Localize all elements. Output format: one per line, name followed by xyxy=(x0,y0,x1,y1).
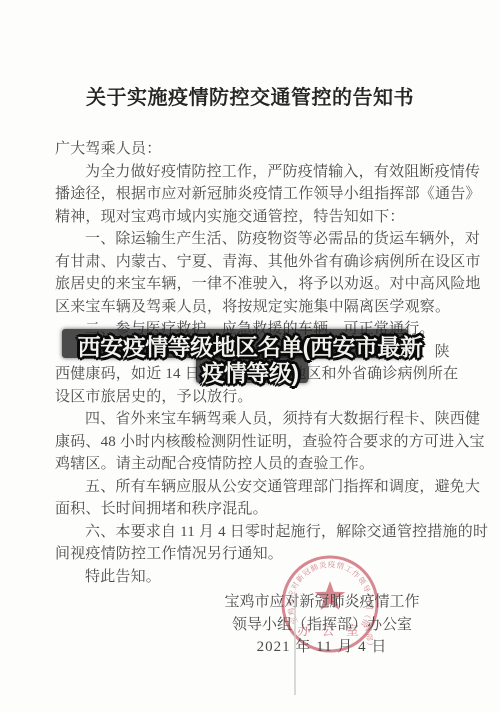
overlay-caption-line-2: 疫情等级) xyxy=(0,355,500,388)
signature-date: 2021 年 11 月 4 日 xyxy=(182,636,462,659)
document-line: 间视疫情防控工作情况另行通知。 xyxy=(55,543,465,566)
document-line: 广大驾乘人员： xyxy=(55,138,465,161)
document-line: 四、省外来宝车辆驾乘人员，须持有大数据行程卡、陕西健 xyxy=(55,408,465,431)
signature-block: 宝鸡市应对新冠肺炎疫情工作 领导小组（指挥部）办公室 2021 年 11 月 4… xyxy=(182,591,462,659)
document-line: 五、所有车辆应服从公安交通管理部门指挥和调度，避免大 xyxy=(55,476,465,499)
notice-title: 关于实施疫情防控交通管控的告知书 xyxy=(0,81,500,110)
document-line: 有甘肃、内蒙古、宁夏、青海、其他外省有确诊病例所在设区市 xyxy=(55,251,465,274)
signature-org-line-2: 领导小组（指挥部）办公室 xyxy=(182,614,462,637)
document-line: 精神，现对宝鸡市域内实施交通管控，特告知如下： xyxy=(55,206,465,229)
signature-org-line-1: 宝鸡市应对新冠肺炎疫情工作 xyxy=(182,591,462,614)
document-line: 播途径，根据市应对新冠肺炎疫情工作领导小组指挥部《通告》 xyxy=(55,183,465,206)
document-line: 一、除运输生产生活、防疫物资等必需品的货运车辆外，对 xyxy=(55,228,465,251)
document-line: 鸡辖区。请主动配合疫情防控人员的查验工作。 xyxy=(55,453,465,476)
document-line: 区来宝车辆及驾乘人员，将按规定实施集中隔离医学观察。 xyxy=(55,296,465,319)
document-line: 旅居史的来宝车辆，一律不准驶入，将予以劝返。对中高风险地 xyxy=(55,273,465,296)
document-line: 六、本要求自 11 月 4 日零时起施行，解除交通管控措施的时 xyxy=(55,521,465,544)
document-line: 为全力做好疫情防控工作，严防疫情输入，有效阻断疫情传 xyxy=(55,161,465,184)
scanned-notice-page: 关于实施疫情防控交通管控的告知书 广大驾乘人员：为全力做好疫情防控工作，严防疫情… xyxy=(0,0,500,712)
document-line: 面积、长时间拥堵和秩序混乱。 xyxy=(55,498,465,521)
paper-crease-line xyxy=(294,597,296,695)
document-line: 康码、48 小时内核酸检测阴性证明，查验符合要求的方可进入宝 xyxy=(55,431,465,454)
document-line: 特此告知。 xyxy=(55,566,465,589)
document-line: 设区市旅居史的，予以放行。 xyxy=(55,386,465,409)
